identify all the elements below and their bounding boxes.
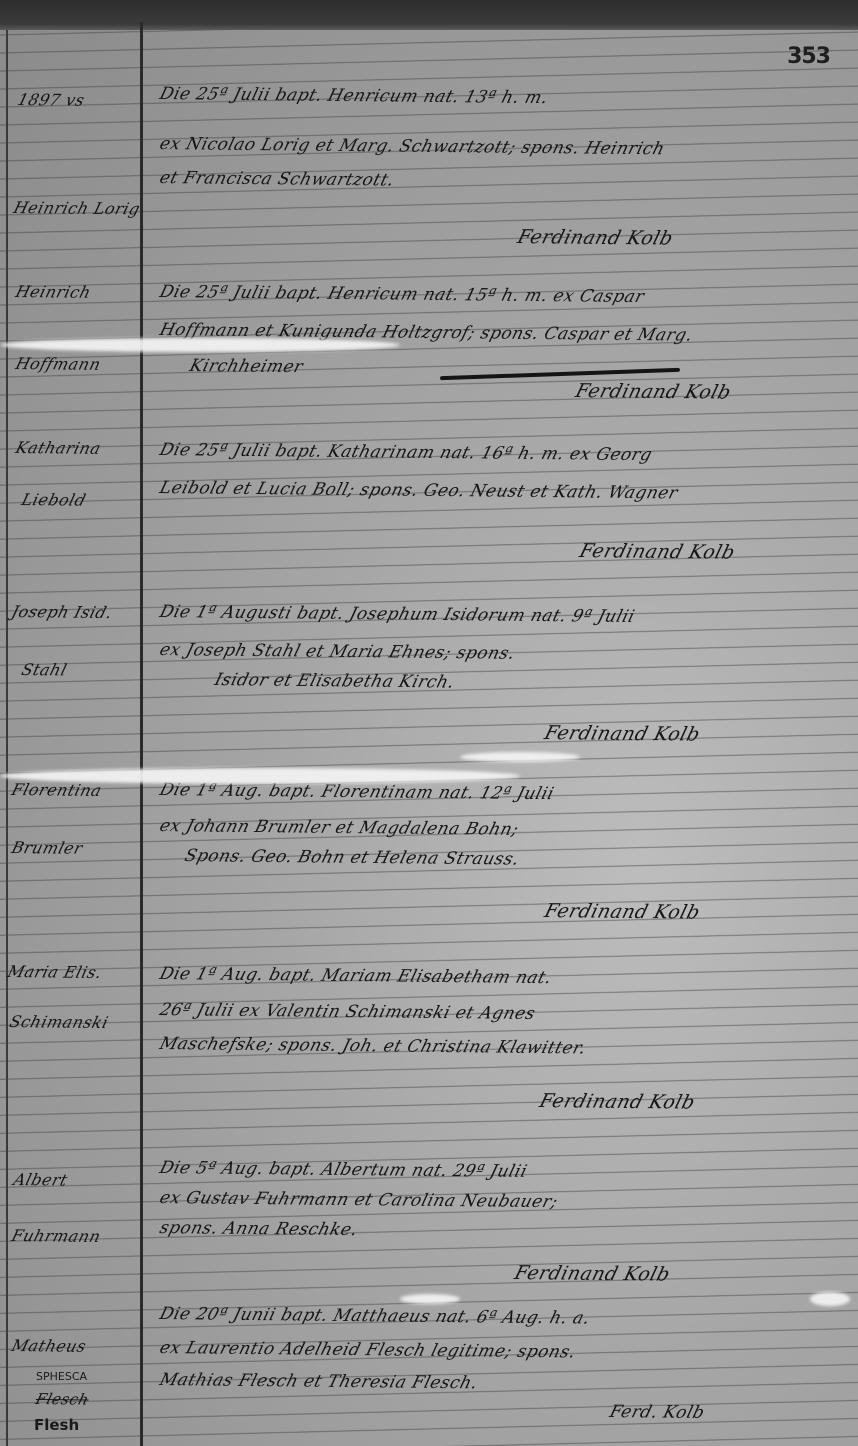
entry-6-margin-given-name: Maria Elis. [6, 962, 105, 982]
entry-4-line-3: Isidor et Elisabetha Kirch. [212, 670, 456, 693]
entry-2-signature: Ferdinand Kolb [573, 380, 733, 404]
year-margin-note: 1897 vs [16, 90, 87, 110]
entry-8-line-1: Die 20ª Junii bapt. Matthaeus nat. 6ª Au… [157, 1304, 592, 1329]
entry-5-signature: Ferdinand Kolb [542, 900, 702, 924]
entry-5-margin-surname: Brumler [10, 838, 85, 858]
entry-2-margin-surname: Hoffmann [14, 354, 103, 374]
entry-5-margin-given-name: Florentina [10, 780, 104, 800]
entry-1-signature: Ferdinand Kolb [515, 226, 675, 250]
entry-6-margin-surname: Schimanski [8, 1012, 111, 1032]
entry-3-margin-given-name: Katharina [14, 438, 104, 458]
entry-7-line-1: Die 5ª Aug. bapt. Albertum nat. 29ª Juli… [157, 1158, 529, 1182]
entry-5-line-3: Spons. Geo. Bohn et Helena Strauss. [182, 846, 521, 870]
entry-2-margin-given-name: Heinrich [14, 282, 94, 302]
left-page-edge [6, 30, 8, 1446]
entry-4-line-1: Die 1ª Augusti bapt. Josephum Isidorum n… [157, 602, 637, 627]
entry-7-signature: Ferdinand Kolb [512, 1262, 672, 1286]
paper-damage-smudge [400, 1294, 460, 1304]
entry-3-line-1: Die 25ª Julii bapt. Katharinam nat. 16ª … [157, 440, 654, 465]
entry-7-margin-surname: Fuhrmann [10, 1226, 103, 1246]
entry-8-line-3: Mathias Flesch et Theresia Flesch. [157, 1370, 480, 1393]
entry-6-line-1: Die 1ª Aug. bapt. Mariam Elisabetham nat… [157, 964, 554, 988]
entry-3-signature: Ferdinand Kolb [577, 540, 737, 564]
entry-6-signature: Ferdinand Kolb [537, 1090, 697, 1114]
entry-2-line-1: Die 25ª Julii bapt. Henricum nat. 15ª h.… [157, 282, 646, 307]
entry-1-line-1: Die 25ª Julii bapt. Henricum nat. 13ª h.… [157, 84, 550, 108]
page-number: 353 [787, 44, 830, 69]
entry-1-line-2: ex Nicolao Lorig et Marg. Schwartzott; s… [157, 134, 667, 159]
entry-7-line-2: ex Gustav Fuhrmann et Carolina Neubauer; [157, 1188, 560, 1212]
entry-3-line-2: Leibold et Lucia Boll; spons. Geo. Neust… [157, 478, 680, 503]
margin-annotation-correction: Flesh [34, 1416, 79, 1434]
entry-4-margin-given-name: Joseph Isid. [10, 602, 115, 622]
entry-8-margin-name: Matheus [10, 1336, 89, 1356]
paper-damage-smudge [810, 1292, 850, 1306]
entry-5-line-2: ex Johann Brumler et Magdalena Bohn; [157, 816, 521, 840]
entry-7-line-3: spons. Anna Reschke. [157, 1218, 360, 1240]
entry-4-margin-surname: Stahl [20, 660, 70, 679]
entry-6-line-3: Maschefske; spons. Joh. et Christina Kla… [157, 1034, 588, 1058]
scan-top-edge [0, 0, 858, 30]
entry-8-signature: Ferd. Kolb [607, 1402, 706, 1423]
entry-4-signature: Ferdinand Kolb [542, 722, 702, 746]
paper-damage-smudge [0, 338, 400, 352]
entry-1-margin-name: Heinrich Lorig [12, 198, 143, 218]
paper-damage-smudge [460, 752, 580, 762]
margin-rule-line [140, 22, 143, 1446]
margin-annotation-stamp: SPHESCA [36, 1370, 87, 1383]
entry-7-margin-given-name: Albert [12, 1170, 70, 1190]
ink-strike-stroke [440, 368, 680, 380]
entry-8-line-2: ex Laurentio Adelheid Flesch legitime; s… [157, 1338, 578, 1362]
entry-6-line-2: 26ª Julii ex Valentin Schimanski et Agne… [157, 1000, 537, 1024]
entry-3-margin-surname: Liebold [20, 490, 89, 510]
entry-2-line-3: Kirchheimer [187, 356, 305, 377]
margin-annotation-struck: Flesch [34, 1390, 91, 1409]
register-page: 353 1897 vs Heinrich Lorig Die 25ª Julii… [0, 0, 858, 1446]
entry-1-line-3: et Francisca Schwartzott. [157, 168, 396, 190]
paper-damage-smudge [0, 768, 520, 784]
entry-4-line-2: ex Joseph Stahl et Maria Ehnes; spons. [157, 640, 517, 664]
